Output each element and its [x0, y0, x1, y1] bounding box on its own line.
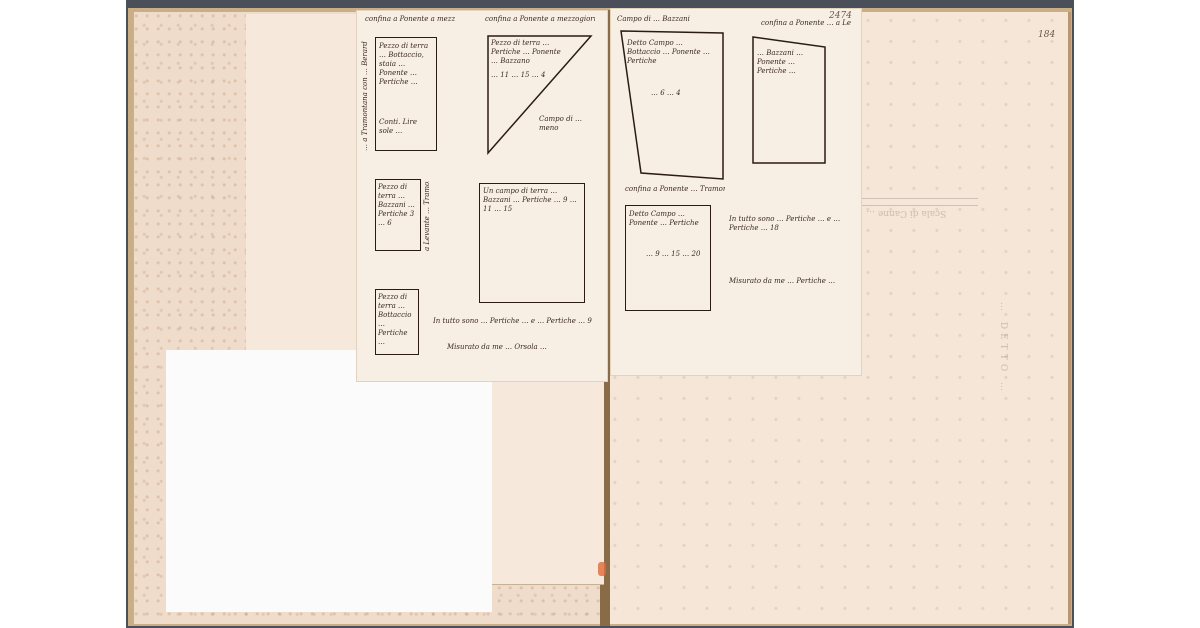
plot-4-text: Pezzo di terra … Bottaccio … Pertiche …	[378, 293, 416, 347]
showthrough-vertical-text: … DETTO …	[998, 302, 1008, 395]
plot-3-value: … 9 … 15 … 20	[646, 250, 700, 259]
summary-line-2: Misurato da me … Pertiche …	[729, 277, 859, 286]
plot-5-outline: Un campo di terra … Bazzani … Pertiche ……	[479, 183, 585, 303]
summary-line-1: In tutto sono … Pertiche … e … Pertiche …	[433, 317, 603, 326]
plot-3-margin: a Levante … Tramontana	[423, 181, 432, 251]
folio-number: 184	[1038, 30, 1055, 40]
plot-1-outline: Pezzo di terra … Bottaccio, staia … Pone…	[375, 37, 437, 151]
plot-1-margin-text: … a Tramontana con … Berardi	[361, 41, 370, 151]
summary-line-1: In tutto sono … Pertiche … e … Pertiche …	[729, 215, 859, 233]
plot-1-text: Detto Campo … Bottaccio … Ponente … Pert…	[627, 39, 717, 66]
plot-1-note: Conti. Lire sole …	[379, 118, 433, 136]
plot-2-text: Pezzo di terra … Pertiche … Ponente … Ba…	[491, 39, 561, 66]
plot-4-outline: Pezzo di terra … Bottaccio … Pertiche …	[375, 289, 419, 355]
plot-3-text: Pezzo di terra … Bazzani … Pertiche 3 … …	[378, 183, 418, 228]
plot-2-header: confina a Ponente … a Levante	[761, 19, 851, 28]
plot-2-value: … 11 … 15 … 4	[491, 71, 545, 80]
plot-1-header: Campo di … Bazzani	[617, 15, 727, 24]
plot-2-side-note: Campo di … meno	[539, 115, 599, 133]
plot-5-text: Un campo di terra … Bazzani … Pertiche ……	[483, 187, 581, 214]
white-paper-slip	[166, 350, 492, 612]
summary-line-2: Misurato da me … Orsola …	[447, 343, 597, 352]
showthrough-scale-label: Scala di Canne …	[866, 208, 946, 218]
plot-2-text: … Bazzani … Ponente … Pertiche …	[757, 49, 823, 76]
red-wax-mark	[598, 562, 606, 576]
showthrough-scale-bar	[858, 198, 978, 206]
plot-3-outline: Detto Campo … Ponente … Pertiche … 9 … 1…	[625, 205, 711, 311]
plot-3-outline: Pezzo di terra … Bazzani … Pertiche 3 … …	[375, 179, 421, 251]
plot-3-header: confina a Ponente … Tramontana	[625, 185, 725, 194]
survey-slip-left: confina a Ponente a mezzogiorno colla … …	[356, 10, 608, 382]
plot-3-text: Detto Campo … Ponente … Pertiche	[629, 210, 707, 228]
plot-1-value: … 6 … 4	[651, 89, 681, 98]
plot-1-text: Pezzo di terra … Bottaccio, staia … Pone…	[379, 42, 433, 87]
survey-slip-right: 2474 Campo di … Bazzani Detto Campo … Bo…	[610, 8, 862, 376]
plot-1-header: confina a Ponente a mezzogiorno colla … …	[365, 15, 455, 24]
plot-2-header: confina a Ponente a mezzogiorno di Bazza…	[485, 15, 595, 24]
